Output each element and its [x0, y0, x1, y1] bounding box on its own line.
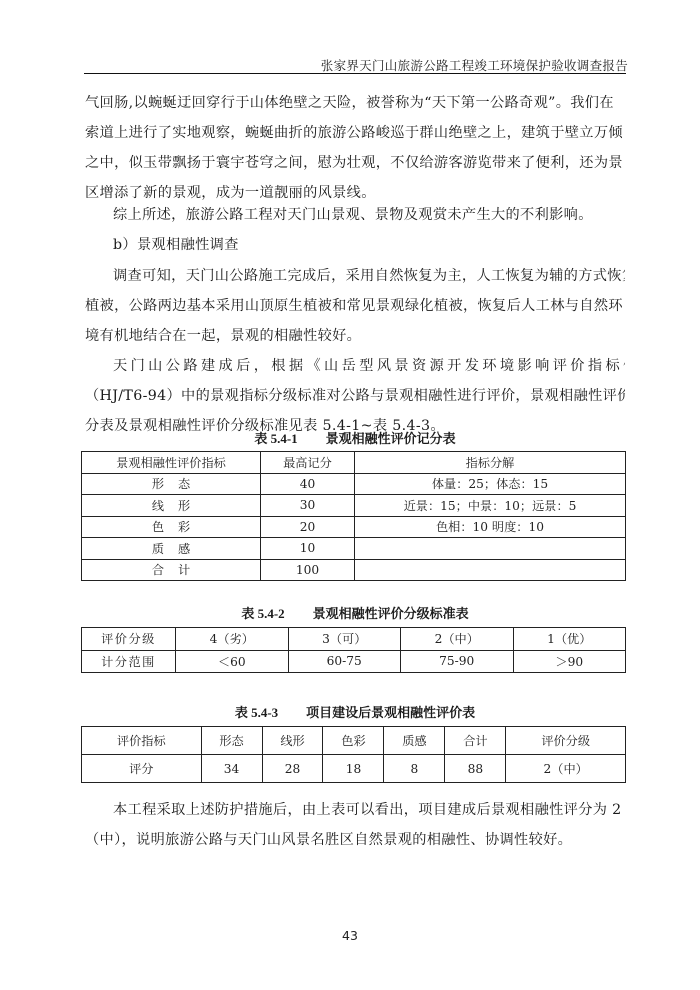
table-cell: 4（劣）: [176, 628, 289, 651]
table-cell: 34: [201, 755, 262, 783]
table-cell: 合计: [445, 727, 506, 755]
table-post-construction-evaluation: 评价指标 形态 线形 色彩 质感 合计 评价分级 评分 34 28 18 8 8…: [81, 726, 626, 783]
text-line: （HJ/T6-94）中的景观指标分级标准对公路与景观相融性进行评价，景观相融性评…: [85, 381, 625, 411]
table-row: 色彩 20 色相：10 明度：10: [82, 516, 626, 538]
table-cell: 3（可）: [288, 628, 401, 651]
text-line: 索道上进行了实地观察，蜿蜒曲折的旅游公路峻巡于群山绝壁之上，建筑于壁立万倾: [85, 118, 625, 148]
table-cell: 88: [445, 755, 506, 783]
paragraph-compatibility-survey: 调查可知，天门山公路施工完成后，采用自然恢复为主，人工恢复为辅的方式恢复 植被，…: [85, 261, 625, 351]
header-rule: [84, 73, 626, 74]
table3-caption: 表 5.4-3项目建设后景观相融性评价表: [85, 702, 625, 721]
table-cell: 线形: [262, 727, 323, 755]
text-line: 综上所述，旅游公路工程对天门山景观、景物及观赏未产生大的不利影响。: [85, 200, 625, 230]
table-cell: 8: [384, 755, 445, 783]
text-line: 调查可知，天门山公路施工完成后，采用自然恢复为主，人工恢复为辅的方式恢复: [85, 261, 625, 291]
table-row: 评价分级 4（劣） 3（可） 2（中） 1（优）: [82, 628, 626, 651]
table-cell: 评价分级: [506, 727, 626, 755]
table-cell: 28: [262, 755, 323, 783]
text-line: 天门山公路建成后，根据《山岳型风景资源开发环境影响评价指标体系》: [85, 351, 625, 381]
paragraph-landscape-description: 气回肠,以蜿蜒迂回穿行于山体绝壁之天险，被誉称为“天下第一公路奇观”。我们在 索…: [85, 88, 625, 208]
table-cell: 质感: [82, 538, 261, 560]
table-cell: 形态: [82, 473, 261, 495]
table-header-cell: 指标分解: [355, 452, 626, 474]
table-cell: 18: [323, 755, 384, 783]
table-cell: 20: [261, 516, 355, 538]
table-cell: 100: [261, 559, 355, 581]
table-cell: 质感: [384, 727, 445, 755]
text-line: 植被，公路两边基本采用山顶原生植被和常见景观绿化植被，恢复后人工林与自然环: [85, 291, 625, 321]
table-row: 合计 100: [82, 559, 626, 581]
table-cell: 合计: [82, 559, 261, 581]
table-cell: 色彩: [82, 516, 261, 538]
text-line: 境有机地结合在一起，景观的相融性较好。: [85, 321, 625, 351]
table-cell: 线形: [82, 495, 261, 517]
table-cell: 30: [261, 495, 355, 517]
table-cell: 计分范围: [82, 650, 176, 673]
table3-number: 表 5.4-3: [235, 705, 278, 720]
paragraph-summary: 综上所述，旅游公路工程对天门山景观、景物及观赏未产生大的不利影响。: [85, 200, 625, 230]
subheading-text: b）景观相融性调查: [85, 230, 625, 260]
table-row: 形态 40 体量：25；体态：15: [82, 473, 626, 495]
table1-caption: 表 5.4-1景观相融性评价记分表: [85, 428, 625, 447]
table-cell: 10: [261, 538, 355, 560]
table-cell: 评价指标: [82, 727, 202, 755]
table3-title: 项目建设后景观相融性评价表: [306, 706, 475, 721]
table-row: 计分范围 ＜60 60-75 75-90 ＞90: [82, 650, 626, 673]
section-subheading: b）景观相融性调查: [85, 230, 625, 260]
table2-title: 景观相融性评价分级标准表: [313, 607, 469, 622]
table-header-cell: 最高记分: [261, 452, 355, 474]
table-cell: ＜60: [176, 650, 289, 673]
table-row: 评价指标 形态 线形 色彩 质感 合计 评价分级: [82, 727, 626, 755]
table-row: 评分 34 28 18 8 88 2（中）: [82, 755, 626, 783]
table-cell: 体量：25；体态：15: [355, 473, 626, 495]
text-line: 气回肠,以蜿蜒迂回穿行于山体绝壁之天险，被誉称为“天下第一公路奇观”。我们在: [85, 88, 625, 118]
table-cell: 近景：15；中景：10；远景：5: [355, 495, 626, 517]
table-grading-standard: 评价分级 4（劣） 3（可） 2（中） 1（优） 计分范围 ＜60 60-75 …: [81, 627, 626, 673]
table-row: 质感 10: [82, 538, 626, 560]
table-cell: 色相：10 明度：10: [355, 516, 626, 538]
page-number: 43: [0, 928, 700, 943]
table-score-sheet: 景观相融性评价指标 最高记分 指标分解 形态 40 体量：25；体态：15 线形…: [81, 451, 626, 581]
table-cell: 评价分级: [82, 628, 176, 651]
table1-number: 表 5.4-1: [254, 431, 297, 446]
text-line: 本工程采取上述防护措施后，由上表可以看出，项目建成后景观相融性评分为 2: [85, 795, 625, 825]
table-header-row: 景观相融性评价指标 最高记分 指标分解: [82, 452, 626, 474]
table-cell: 1（优）: [513, 628, 626, 651]
table-cell: 评分: [82, 755, 202, 783]
table1-title: 景观相融性评价记分表: [326, 432, 456, 447]
text-line: （中），说明旅游公路与天门山风景名胜区自然景观的相融性、协调性较好。: [85, 825, 625, 855]
table-cell: 2（中）: [401, 628, 514, 651]
table-cell: 60-75: [288, 650, 401, 673]
table-cell: 2（中）: [506, 755, 626, 783]
table-cell: [355, 559, 626, 581]
table-cell: [355, 538, 626, 560]
table2-number: 表 5.4-2: [241, 606, 284, 621]
table-cell: ＞90: [513, 650, 626, 673]
paragraph-conclusion: 本工程采取上述防护措施后，由上表可以看出，项目建成后景观相融性评分为 2 （中）…: [85, 795, 625, 855]
table-header-cell: 景观相融性评价指标: [82, 452, 261, 474]
table-row: 线形 30 近景：15；中景：10；远景：5: [82, 495, 626, 517]
table-cell: 75-90: [401, 650, 514, 673]
table-cell: 色彩: [323, 727, 384, 755]
text-line: 之中，似玉带飘扬于寰宇苍穹之间，慰为壮观，不仅给游客游览带来了便利，还为景: [85, 148, 625, 178]
table2-caption: 表 5.4-2景观相融性评价分级标准表: [85, 603, 625, 622]
table-cell: 形态: [201, 727, 262, 755]
running-header-title: 张家界天门山旅游公路工程竣工环境保护验收调查报告: [321, 56, 628, 74]
table-cell: 40: [261, 473, 355, 495]
